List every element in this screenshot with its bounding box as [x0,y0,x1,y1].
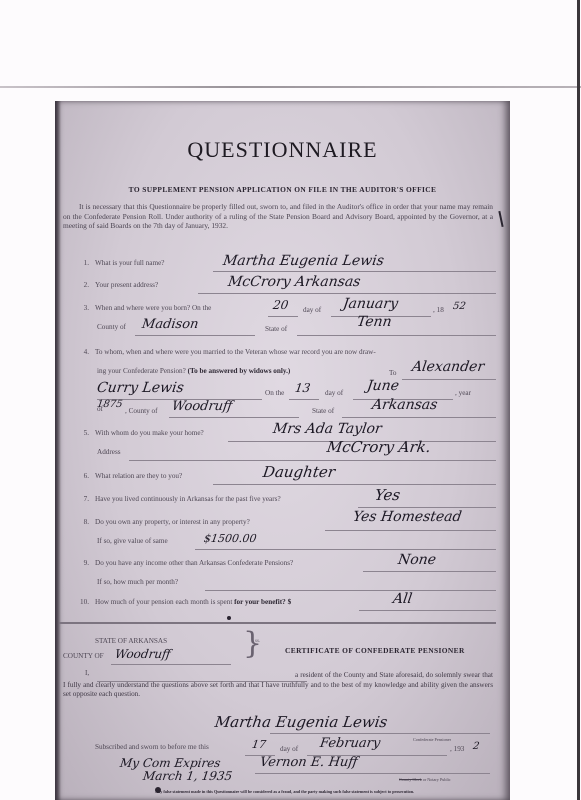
answer-home-with: Mrs Ada Taylor [272,421,383,437]
question-6: 6.What relation are they to you? Daughte… [63,472,496,486]
answer-spouse-name-2: Curry Lewis [96,380,185,396]
sworn-year-prefix: , 193 [450,745,464,753]
scan-right-edge [577,0,580,800]
section-divider [59,622,496,624]
question-3-location: County of Madison State of Tenn [97,323,496,337]
year-prefix: , 18 [433,306,444,314]
sworn-day: 17 [251,738,267,751]
document-title: QUESTIONNAIRE [55,137,510,163]
question-label: Have you lived continuously in Arkansas … [95,495,281,503]
year-label: , year [455,389,471,397]
question-number: 1. [63,259,89,267]
notary-label: or Notary Public [423,777,451,782]
widows-only-note: (To be answered by widows only.) [188,367,291,375]
answer-present-address: McCrory Arkansas [227,274,362,290]
answer-home-address: McCrory Ark. [326,438,432,456]
answer-birth-year: 52 [452,301,466,312]
question-label: Do you have any income other than Arkans… [95,559,293,567]
question-label: What relation are they to you? [95,472,182,480]
question-8-value: If so, give value of same $1500.00 [97,537,496,551]
scan-top-edge [0,86,581,88]
answer-marriage-year: 1875 [96,399,123,410]
margin-pen-mark [498,211,503,227]
answer-other-income: None [397,552,437,568]
questionnaire-document: QUESTIONNAIRE TO SUPPLEMENT PENSION APPL… [55,101,510,800]
sworn-year-suffix: 2 [472,741,480,752]
answer-lived-in-arkansas: Yes [374,486,402,504]
answer-marriage-month: June [366,378,400,394]
answer-birth-day: 20 [272,298,289,312]
certificate-title: CERTIFICATE OF CONFEDERATE PENSIONER [285,646,465,655]
question-label: What is your full name? [95,259,164,267]
county-clerk-struck: County Clerk [399,777,422,782]
sworn-label: Subscribed and sworn to before me this [95,743,209,751]
answer-line [359,598,496,611]
day-of-label: day of [280,745,298,753]
question-label: With whom do you make your home? [95,429,204,437]
answer-line [297,323,496,336]
question-number: 5. [63,429,89,437]
certificate-county: Woodruff [114,647,172,661]
sworn-month: February [319,736,381,751]
question-4-line2: ing your Confederate Pension? (To be ans… [97,367,496,381]
question-8: 8.Do you own any property, or interest i… [63,518,496,532]
answer-relation: Daughter [262,463,336,481]
question-2: 2.Your present address? McCrory Arkansas [63,281,496,295]
income-amount-label: If so, how much per month? [97,578,178,586]
question-number: 7. [63,495,89,503]
question-9: 9.Do you have any income other than Arka… [63,559,496,573]
notary-title: County Clerk or Notary Public [399,777,451,782]
brace-symbol: } [243,629,262,659]
address-label: Address [97,448,121,456]
question-label-bold: for your benefit? $ [234,598,291,606]
question-3: 3.When and where were you born? On the 2… [63,304,496,318]
question-number: 4. [63,348,89,356]
question-9-amount: If so, how much per month? [97,578,496,592]
county-label: , County of [125,407,158,415]
answer-own-property: Yes Homestead [352,509,463,525]
state-label: STATE OF ARKANSAS [95,637,167,645]
answer-line [213,472,496,485]
question-label: Do you own any property, or interest in … [95,518,250,526]
question-number: 2. [63,281,89,289]
day-of-label: day of [303,306,321,314]
county-label: County of [97,323,126,331]
signature-line [270,721,490,734]
on-the-label: On the [265,389,284,397]
answer-marriage-county: Woodruff [171,399,233,414]
document-subtitle: TO SUPPLEMENT PENSION APPLICATION ON FIL… [55,185,510,194]
question-7: 7.Have you lived continuously in Arkansa… [63,495,496,509]
state-label: State of [265,325,287,333]
answer-birth-county: Madison [141,317,200,332]
county-label: COUNTY OF [63,652,104,660]
property-value-label: If so, give value of same [97,537,168,545]
answer-property-value: $1500.00 [203,532,257,545]
question-number: 10. [63,598,89,606]
commission-expires: My Com Expires [119,756,221,770]
question-number: 3. [63,304,89,312]
day-of-label: day of [325,389,343,397]
notary-signature-line [255,761,490,774]
question-label-line2: ing your Confederate Pension? [97,367,186,375]
to-label: To [389,369,396,377]
question-1: 1.What is your full name? Martha Eugenia… [63,259,496,273]
fraud-warning: Any false statement made in this Questio… [73,789,496,794]
answer-birth-state: Tenn [356,314,393,330]
commission-date: March 1, 1935 [142,769,233,783]
question-5-address: Address McCrory Ark. [97,448,496,462]
question-number: 9. [63,559,89,567]
state-label: State of [312,407,334,415]
question-4-line4: of 1875 , County of Woodruff State of Ar… [97,405,496,419]
answer-marriage-state: Arkansas [371,397,439,413]
answer-marriage-day: 13 [294,381,311,395]
signature-label: Confederate Pensioner [413,737,451,742]
question-number: 6. [63,472,89,480]
question-10: 10.How much of your pension each month i… [63,598,496,612]
question-label: How much of your pension each month is s… [95,598,232,606]
question-label-line1: To whom, when and where were you married… [95,348,376,356]
answer-birth-month: January [342,296,399,312]
ink-spot [155,787,161,793]
question-label: Your present address? [95,281,158,289]
ink-spot [227,616,231,620]
answer-full-name: Martha Eugenia Lewis [222,253,385,269]
answer-line [129,448,496,461]
question-label: When and where were you born? On the [95,304,211,312]
answer-pension-spent: All [392,591,413,607]
ss-label: ss. [255,639,260,644]
intro-paragraph: It is necessary that this Questionnaire … [63,202,493,231]
answer-line [205,578,496,591]
question-number: 8. [63,518,89,526]
answer-spouse-name-1: Alexander [411,359,485,375]
oath-text: a resident of the County and State afore… [63,671,493,700]
